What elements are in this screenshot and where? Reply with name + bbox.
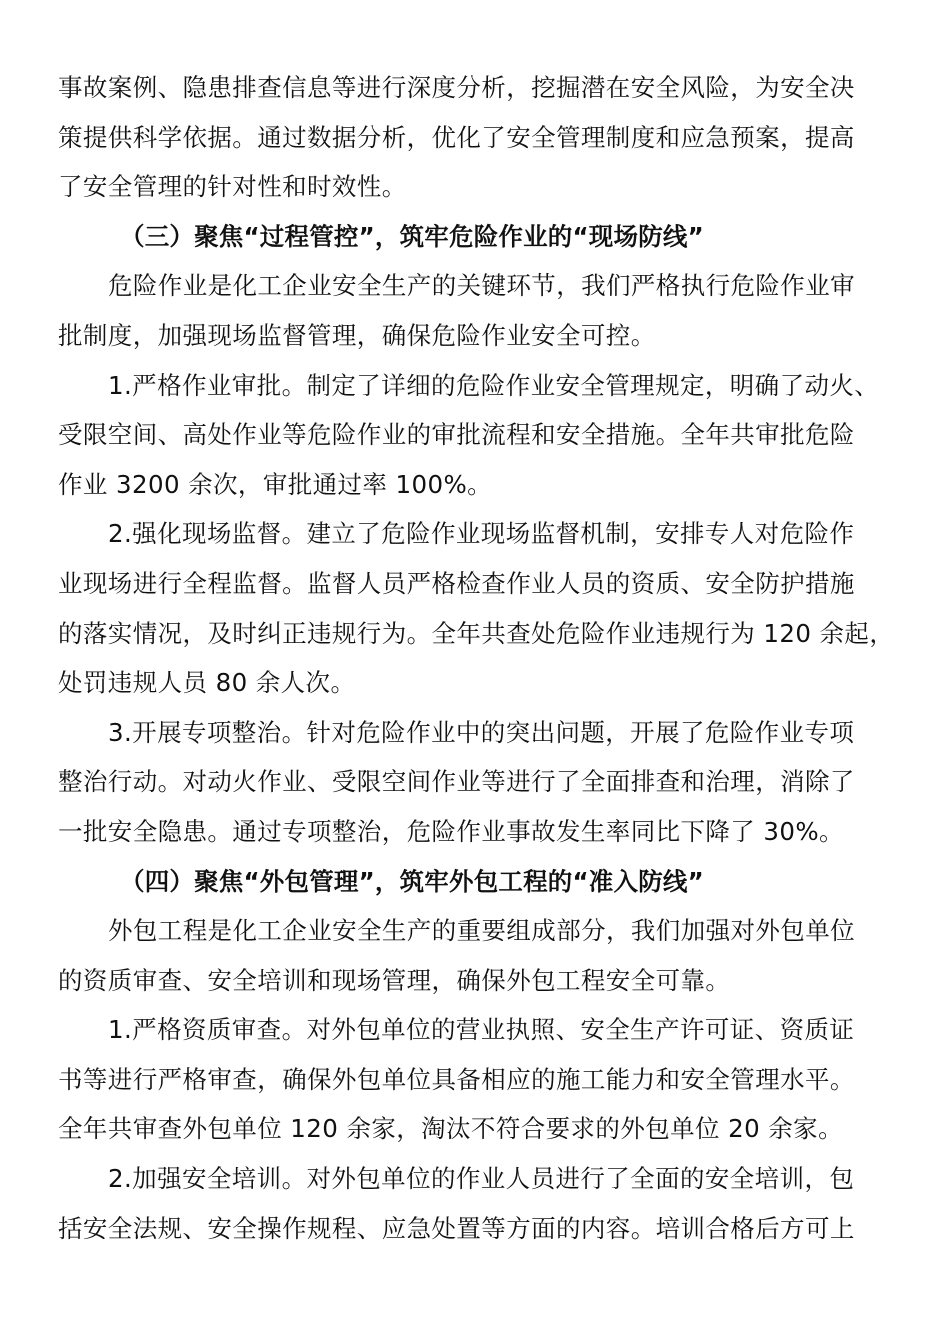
paragraph-item-qualification-review: 1.严格资质审查。对外包单位的营业执照、安全生产许可证、资质证 书等进行严格审查… bbox=[58, 1010, 878, 1159]
text-line: 的资质审查、安全培训和现场管理，确保外包工程安全可靠。 bbox=[58, 961, 878, 1011]
text-line: 1.严格资质审查。对外包单位的营业执照、安全生产许可证、资质证 bbox=[58, 1010, 878, 1060]
paragraph-item-safety-training: 2.加强安全培训。对外包单位的作业人员进行了全面的安全培训，包 括安全法规、安全… bbox=[58, 1159, 878, 1258]
text-line: 一批安全隐患。通过专项整治，危险作业事故发生率同比下降了 30%。 bbox=[58, 812, 878, 862]
text-line: 2.加强安全培训。对外包单位的作业人员进行了全面的安全培训，包 bbox=[58, 1159, 878, 1209]
paragraph-item-special-rectification: 3.开展专项整治。针对危险作业中的突出问题，开展了危险作业专项 整治行动。对动火… bbox=[58, 713, 878, 862]
text-line: 事故案例、隐患排查信息等进行深度分析，挖掘潜在安全风险，为安全决 bbox=[58, 68, 878, 118]
text-line: 了安全管理的针对性和时效性。 bbox=[58, 167, 878, 217]
text-line: 3.开展专项整治。针对危险作业中的突出问题，开展了危险作业专项 bbox=[58, 713, 878, 763]
paragraph-continuation: 事故案例、隐患排查信息等进行深度分析，挖掘潜在安全风险，为安全决 策提供科学依据… bbox=[58, 68, 878, 217]
text-line: 整治行动。对动火作业、受限空间作业等进行了全面排查和治理，消除了 bbox=[58, 762, 878, 812]
text-line: 外包工程是化工企业安全生产的重要组成部分，我们加强对外包单位 bbox=[58, 911, 878, 961]
text-line: 1.严格作业审批。制定了详细的危险作业安全管理规定，明确了动火、 bbox=[58, 366, 878, 416]
text-line: 危险作业是化工企业安全生产的关键环节，我们严格执行危险作业审 bbox=[58, 266, 878, 316]
document-page: 事故案例、隐患排查信息等进行深度分析，挖掘潜在安全风险，为安全决 策提供科学依据… bbox=[58, 68, 878, 1258]
section-heading-3: （三）聚焦“过程管控”，筑牢危险作业的“现场防线” bbox=[58, 217, 878, 267]
paragraph-item-supervision: 2.强化现场监督。建立了危险作业现场监督机制，安排专人对危险作 业现场进行全程监… bbox=[58, 514, 878, 712]
text-line: 括安全法规、安全操作规程、应急处置等方面的内容。培训合格后方可上 bbox=[58, 1209, 878, 1259]
paragraph-item-approval: 1.严格作业审批。制定了详细的危险作业安全管理规定，明确了动火、 受限空间、高处… bbox=[58, 366, 878, 515]
section-heading-4: （四）聚焦“外包管理”，筑牢外包工程的“准入防线” bbox=[58, 862, 878, 912]
text-line: 处罚违规人员 80 余人次。 bbox=[58, 663, 878, 713]
text-line: 2.强化现场监督。建立了危险作业现场监督机制，安排专人对危险作 bbox=[58, 514, 878, 564]
text-line: 批制度，加强现场监督管理，确保危险作业安全可控。 bbox=[58, 316, 878, 366]
text-line: 书等进行严格审查，确保外包单位具备相应的施工能力和安全管理水平。 bbox=[58, 1060, 878, 1110]
text-line: 业现场进行全程监督。监督人员严格检查作业人员的资质、安全防护措施 bbox=[58, 564, 878, 614]
paragraph-dangerous-work-intro: 危险作业是化工企业安全生产的关键环节，我们严格执行危险作业审 批制度，加强现场监… bbox=[58, 266, 878, 365]
text-line: 受限空间、高处作业等危险作业的审批流程和安全措施。全年共审批危险 bbox=[58, 415, 878, 465]
text-line: 全年共审查外包单位 120 余家，淘汰不符合要求的外包单位 20 余家。 bbox=[58, 1109, 878, 1159]
paragraph-outsourcing-intro: 外包工程是化工企业安全生产的重要组成部分，我们加强对外包单位 的资质审查、安全培… bbox=[58, 911, 878, 1010]
text-line: 作业 3200 余次，审批通过率 100%。 bbox=[58, 465, 878, 515]
text-line: 策提供科学依据。通过数据分析，优化了安全管理制度和应急预案，提高 bbox=[58, 118, 878, 168]
text-line: 的落实情况，及时纠正违规行为。全年共查处危险作业违规行为 120 余起， bbox=[58, 614, 878, 664]
